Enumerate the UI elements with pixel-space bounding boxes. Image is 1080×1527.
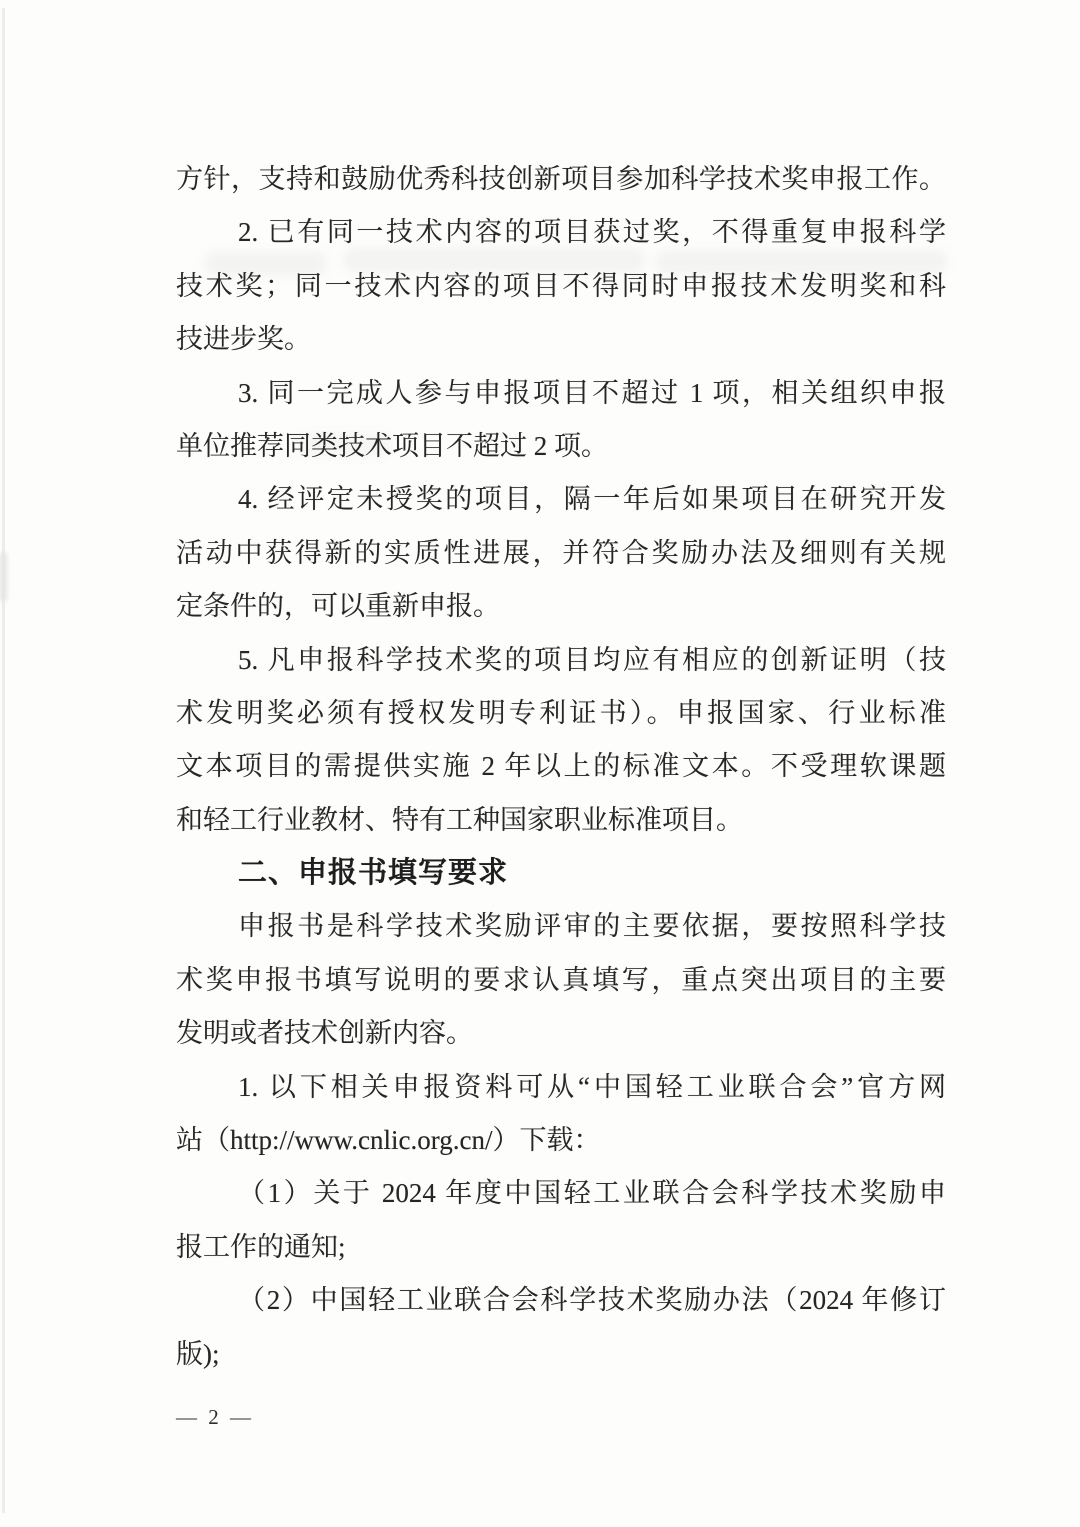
text-line: 站（http://www.cnlic.org.cn/）下载：: [176, 1114, 946, 1167]
text-line: 活动中获得新的实质性进展，并符合奖励办法及细则有关规: [176, 527, 946, 580]
text-line: 术发明奖必须有授权发明专利证书）。申报国家、行业标准: [176, 687, 946, 740]
text-line: 和轻工行业教材、特有工种国家职业标准项目。: [176, 794, 946, 847]
text-line: （2）中国轻工业联合会科学技术奖励办法（2024 年修订版);: [176, 1274, 946, 1327]
text-line: 单位推荐同类技术项目不超过 2 项。: [176, 420, 946, 473]
text-line: 技术奖；同一技术内容的项目不得同时申报技术发明奖和科: [176, 260, 946, 313]
text-line: 术奖申报书填写说明的要求认真填写，重点突出项目的主要: [176, 954, 946, 1007]
text-line: 发明或者技术创新内容。: [176, 1007, 946, 1060]
text-line: （1）关于 2024 年度中国轻工业联合会科学技术奖励申: [176, 1167, 946, 1220]
document-body: 方针，支持和鼓励优秀科技创新项目参加科学技术奖申报工作。2. 已有同一技术内容的…: [176, 153, 946, 1328]
text-line: 方针，支持和鼓励优秀科技创新项目参加科学技术奖申报工作。: [176, 153, 946, 206]
scan-smudge-artifact: [0, 553, 7, 601]
page-number: — 2 —: [176, 1405, 254, 1430]
text-line: 定条件的，可以重新申报。: [176, 580, 946, 633]
text-line: 报工作的通知;: [176, 1221, 946, 1274]
text-line: 3. 同一完成人参与申报项目不超过 1 项，相关组织申报: [176, 367, 946, 420]
document-page: 方针，支持和鼓励优秀科技创新项目参加科学技术奖申报工作。2. 已有同一技术内容的…: [0, 0, 1080, 1527]
text-line: 文本项目的需提供实施 2 年以上的标准文本。不受理软课题: [176, 740, 946, 793]
section-heading: 二、申报书填写要求: [176, 847, 946, 900]
text-line: 1. 以下相关申报资料可从“中国轻工业联合会”官方网: [176, 1061, 946, 1114]
text-line: 申报书是科学技术奖励评审的主要依据，要按照科学技: [176, 900, 946, 953]
scan-edge-artifact: [2, 8, 5, 1513]
text-line: 技进步奖。: [176, 313, 946, 366]
text-line: 5. 凡申报科学技术奖的项目均应有相应的创新证明（技: [176, 634, 946, 687]
text-line: 2. 已有同一技术内容的项目获过奖，不得重复申报科学: [176, 206, 946, 259]
text-line: 4. 经评定未授奖的项目，隔一年后如果项目在研究开发: [176, 473, 946, 526]
